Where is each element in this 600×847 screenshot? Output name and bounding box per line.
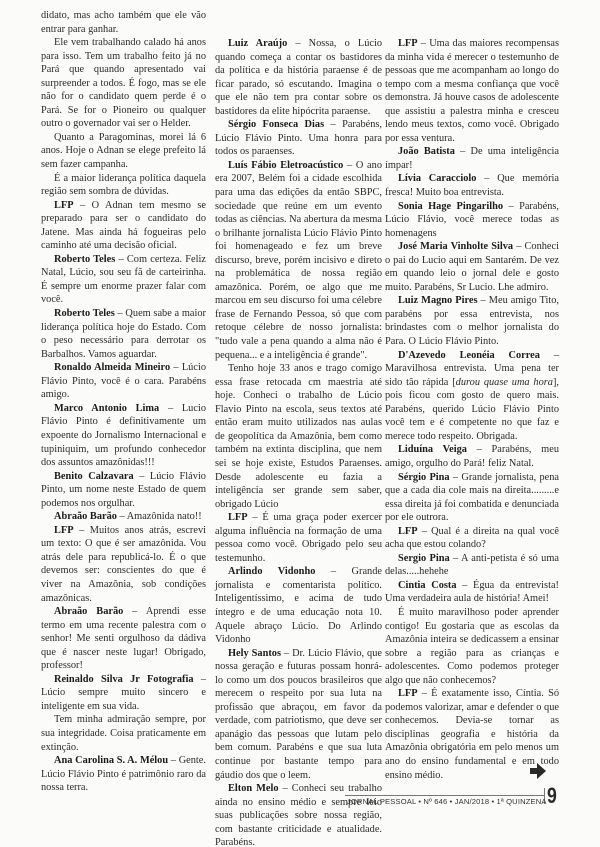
text-paragraph: Tenho hoje 33 anos e trago comigo essa f… [215,362,382,511]
commenter-name: LFP [228,512,248,523]
commenter-name: Ronaldo Almeida Mineiro [54,362,170,373]
comment-paragraph: Luiz Magno Pires – Meu amigo Tito, parab… [385,294,559,348]
comment-paragraph: Reinaldo Silva Jr Fotografia – Lúcio sem… [41,673,206,714]
comment-text: É muito maravilhoso poder aprender conti… [385,607,559,686]
text-paragraph: Tem minha admiração sempre, por sua inte… [41,713,206,754]
commenter-name: Benito Calzavara [54,471,134,482]
comment-paragraph: Sergio Pina – A anti-petista é só uma de… [385,552,559,579]
comment-text: – Nossa, o Lúcio quando começa a contar … [215,38,382,117]
commenter-name: João Batista [398,146,455,157]
text-paragraph: Quanto a Paragominas, morei lá 6 anos. H… [41,131,206,172]
comment-text: – Uma das maiores recompensas da minha v… [385,38,559,144]
comment-text: – Grande jornalista e comentarista polít… [215,566,382,645]
commenter-name: Liduína Veiga [398,444,467,455]
comment-paragraph: LFP – Muitos anos atrás, escrevi um text… [41,524,206,605]
comment-text: É a maior liderança política daquela reg… [41,173,206,198]
comment-paragraph: Sonia Hage Pingarilho – Parabéns, Lúcio … [385,200,559,241]
comment-paragraph: Arlindo Vidonho – Grande jornalista e co… [215,565,382,646]
comment-paragraph: LFP – Qual é a direita na qual você acha… [385,525,559,552]
comment-paragraph: Elton Melo – Conheci seu trabalho ainda … [215,782,382,847]
commenter-name: Luís Fábio Eletroacústico [228,160,343,171]
comment-text: Tenho hoje 33 anos e trago comigo essa f… [215,363,382,509]
comment-text: – Amazônida nato!! [117,511,202,522]
commenter-name: Sérgio Pina [398,472,450,483]
comment-paragraph: Roberto Teles – Quem sabe a maior lidera… [41,307,206,361]
commenter-name: Sergio Pina [398,553,450,564]
comment-text: Quanto a Paragominas, morei lá 6 anos. H… [41,132,206,170]
commenter-name: Roberto Teles [54,308,115,319]
comment-paragraph: LFP – É uma graça poder exercer alguma i… [215,511,382,565]
comment-paragraph: Roberto Teles – Com certeza. Feliz Natal… [41,253,206,307]
commenter-name: Reinaldo Silva Jr Fotografia [54,674,194,685]
comment-paragraph: Sérgio Pina – Grande jornalista, pena qu… [385,471,559,525]
text-paragraph: didato, mas acho também que ele vão entr… [41,9,206,36]
commenter-name: D'Azevedo Leonéia Correa [398,350,540,361]
footer-publication-info: JORNAL PESSOAL • Nº 646 • JAN/2018 • 1ª … [347,797,547,806]
article-column-2: Luiz Araújo – Nossa, o Lúcio quando come… [215,37,382,847]
comment-paragraph: João Batista – De uma inteligência ímpar… [385,145,559,172]
text-paragraph: É a maior liderança política daquela reg… [41,172,206,199]
arrow-right-icon [530,763,546,779]
comment-paragraph: D'Azevedo Leonéia Correa – Maravilhosa e… [385,349,559,444]
commenter-name: Luiz Magno Pires [398,295,477,306]
commenter-name: Roberto Teles [54,254,115,265]
comment-paragraph: Cintia Costa – Égua da entrevista! Uma v… [385,579,559,606]
commenter-name: Abraão Barão [54,511,117,522]
commenter-name: LFP [54,200,74,211]
comment-paragraph: LFP – O Adnan tem mesmo se preparado par… [41,199,206,253]
commenter-name: Abraão Barão [54,606,123,617]
comment-text: – Muitos anos atrás, escrevi um texto: O… [41,525,206,604]
commenter-name: LFP [54,525,74,536]
commenter-name: Sonia Hage Pingarilho [398,201,503,212]
commenter-name: Cintia Costa [398,580,457,591]
comment-paragraph: Abraão Barão – Aprendi esse termo em uma… [41,605,206,673]
commenter-name: Arlindo Vidonho [228,566,315,577]
comment-paragraph: LFP – Uma das maiores recompensas da min… [385,37,559,145]
page-number: 9 [547,783,557,809]
comment-paragraph: Liduína Veiga – Parabéns, meu amigo, org… [385,443,559,470]
text-paragraph: É muito maravilhoso poder aprender conti… [385,606,559,687]
commenter-name: LFP [398,526,418,537]
comment-paragraph: Marco Antonio Lima – Lucio Flávio Pinto … [41,402,206,470]
commenter-name: Sérgio Fonseca Dias [228,119,324,130]
comment-text: – O ano era 2007, Belém foi a cidade esc… [215,160,382,361]
comment-text: Ele vem trabalhando calado há anos para … [41,37,206,129]
commenter-name: Marco Antonio Lima [54,403,159,414]
text-paragraph: Ele vem trabalhando calado há anos para … [41,36,206,131]
comment-text: – Dr. Lúcio Flávio, que nossa geração e … [215,648,382,781]
commenter-name: Ana Carolina S. A. Mélou [54,755,168,766]
comment-paragraph: Luiz Araújo – Nossa, o Lúcio quando come… [215,37,382,118]
commenter-name: LFP [398,38,418,49]
comment-paragraph: José Maria Vinholte Silva – Conheci o pa… [385,240,559,294]
commenter-name: LFP [398,688,418,699]
footer-rule [345,795,544,796]
commenter-name: Luiz Araújo [228,38,287,49]
comment-paragraph: Ronaldo Almeida Mineiro – Lúcio Flávio P… [41,361,206,402]
commenter-name: Hely Santos [228,648,281,659]
commenter-name: Lívia Caracciolo [398,173,476,184]
comment-paragraph: Luís Fábio Eletroacústico – O ano era 20… [215,159,382,362]
commenter-name: José Maria Vinholte Silva [398,241,513,252]
comment-paragraph: Benito Calzavara – Lúcio Flávio Pinto, u… [41,470,206,511]
comment-paragraph: Ana Carolina S. A. Mélou – Gente. Lúcio … [41,754,206,795]
comment-text: didato, mas acho também que ele vão entr… [41,10,206,35]
article-column-1: didato, mas acho também que ele vão entr… [41,9,206,795]
comment-text: Tem minha admiração sempre, por sua inte… [41,714,206,752]
article-column-3: LFP – Uma das maiores recompensas da min… [385,37,559,782]
comment-paragraph: Abraão Barão – Amazônida nato!! [41,510,206,524]
commenter-name: Elton Melo [228,783,279,794]
comment-paragraph: Lívia Caracciolo – Que memória fresca! M… [385,172,559,199]
comment-paragraph: Sérgio Fonseca Dias – Parabéns, Lúcio Fl… [215,118,382,159]
editorial-note: durou quase uma hora [456,377,553,388]
comment-paragraph: Hely Santos – Dr. Lúcio Flávio, que noss… [215,647,382,782]
